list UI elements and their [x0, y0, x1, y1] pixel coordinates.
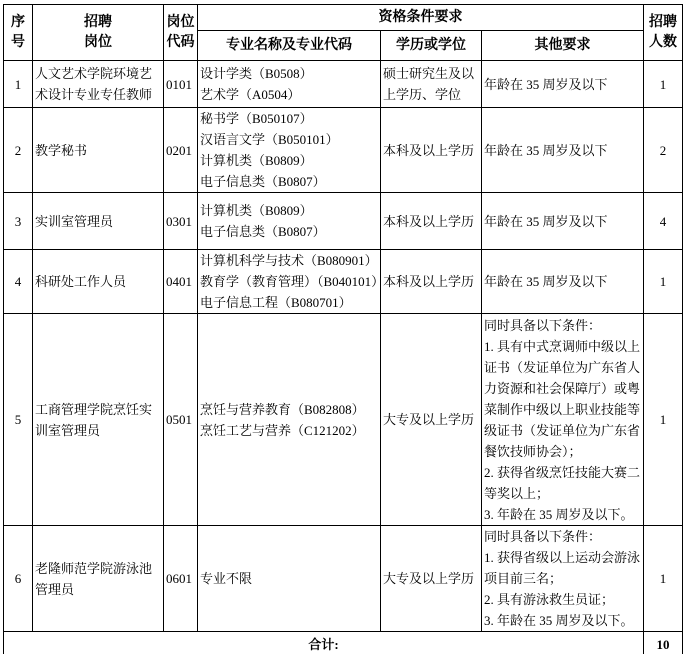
cell-position: 人文艺术学院环境艺术设计专业专任教师	[33, 61, 164, 108]
header-code: 岗位 代码	[164, 5, 198, 61]
cell-majors: 计算机科学与技术（B080901） 教育学（教育管理）（B040101） 电子信…	[198, 250, 381, 314]
cell-position: 工商管理学院烹饪实训室管理员	[33, 314, 164, 526]
cell-education: 本科及以上学历	[381, 193, 482, 250]
cell-education: 大专及以上学历	[381, 526, 482, 632]
cell-other: 年龄在 35 周岁及以下	[482, 61, 644, 108]
table-row: 2 教学秘书 0201 秘书学（B050107） 汉语言文学（B050101） …	[4, 108, 683, 193]
cell-education: 硕士研究生及以上学历、学位	[381, 61, 482, 108]
cell-count: 1	[644, 250, 683, 314]
cell-code: 0501	[164, 314, 198, 526]
header-count: 招聘 人数	[644, 5, 683, 61]
cell-other: 同时具备以下条件： 1. 获得省级以上运动会游泳项目前三名； 2. 具有游泳救生…	[482, 526, 644, 632]
cell-seq: 3	[4, 193, 33, 250]
cell-count: 4	[644, 193, 683, 250]
cell-seq: 4	[4, 250, 33, 314]
recruitment-page: 序号 招聘 岗位 岗位 代码 资格条件要求 招聘 人数 专业名称及专业代码 学历…	[0, 0, 686, 654]
cell-other: 年龄在 35 周岁及以下	[482, 108, 644, 193]
total-value: 10	[644, 632, 683, 654]
cell-count: 1	[644, 314, 683, 526]
table-row: 4 科研处工作人员 0401 计算机科学与技术（B080901） 教育学（教育管…	[4, 250, 683, 314]
total-label: 合计:	[4, 632, 644, 654]
cell-majors: 计算机类（B0809） 电子信息类（B0807）	[198, 193, 381, 250]
cell-count: 2	[644, 108, 683, 193]
cell-position: 科研处工作人员	[33, 250, 164, 314]
cell-position: 实训室管理员	[33, 193, 164, 250]
cell-count: 1	[644, 526, 683, 632]
cell-code: 0101	[164, 61, 198, 108]
header-education: 学历或学位	[381, 31, 482, 61]
cell-majors: 专业不限	[198, 526, 381, 632]
cell-other: 年龄在 35 周岁及以下	[482, 193, 644, 250]
header-row-1: 序号 招聘 岗位 岗位 代码 资格条件要求 招聘 人数	[4, 5, 683, 31]
cell-count: 1	[644, 61, 683, 108]
cell-code: 0301	[164, 193, 198, 250]
cell-position: 老隆师范学院游泳池管理员	[33, 526, 164, 632]
cell-education: 本科及以上学历	[381, 108, 482, 193]
cell-majors: 秘书学（B050107） 汉语言文学（B050101） 计算机类（B0809） …	[198, 108, 381, 193]
header-position: 招聘 岗位	[33, 5, 164, 61]
cell-code: 0601	[164, 526, 198, 632]
cell-seq: 1	[4, 61, 33, 108]
cell-seq: 5	[4, 314, 33, 526]
header-majors: 专业名称及专业代码	[198, 31, 381, 61]
header-seq: 序号	[4, 5, 33, 61]
table-row: 6 老隆师范学院游泳池管理员 0601 专业不限 大专及以上学历 同时具备以下条…	[4, 526, 683, 632]
total-row: 合计: 10	[4, 632, 683, 654]
cell-seq: 6	[4, 526, 33, 632]
cell-other: 同时具备以下条件： 1. 具有中式烹调师中级以上证书（发证单位为广东省人力资源和…	[482, 314, 644, 526]
table-row: 5 工商管理学院烹饪实训室管理员 0501 烹饪与营养教育（B082808） 烹…	[4, 314, 683, 526]
cell-seq: 2	[4, 108, 33, 193]
table-row: 1 人文艺术学院环境艺术设计专业专任教师 0101 设计学类（B0508） 艺术…	[4, 61, 683, 108]
header-other: 其他要求	[482, 31, 644, 61]
recruitment-table: 序号 招聘 岗位 岗位 代码 资格条件要求 招聘 人数 专业名称及专业代码 学历…	[3, 4, 683, 654]
cell-other: 年龄在 35 周岁及以下	[482, 250, 644, 314]
header-qualification-group: 资格条件要求	[198, 5, 644, 31]
cell-code: 0401	[164, 250, 198, 314]
cell-code: 0201	[164, 108, 198, 193]
cell-education: 大专及以上学历	[381, 314, 482, 526]
cell-position: 教学秘书	[33, 108, 164, 193]
cell-majors: 烹饪与营养教育（B082808） 烹饪工艺与营养（C121202）	[198, 314, 381, 526]
table-row: 3 实训室管理员 0301 计算机类（B0809） 电子信息类（B0807） 本…	[4, 193, 683, 250]
cell-majors: 设计学类（B0508） 艺术学（A0504）	[198, 61, 381, 108]
cell-education: 本科及以上学历	[381, 250, 482, 314]
